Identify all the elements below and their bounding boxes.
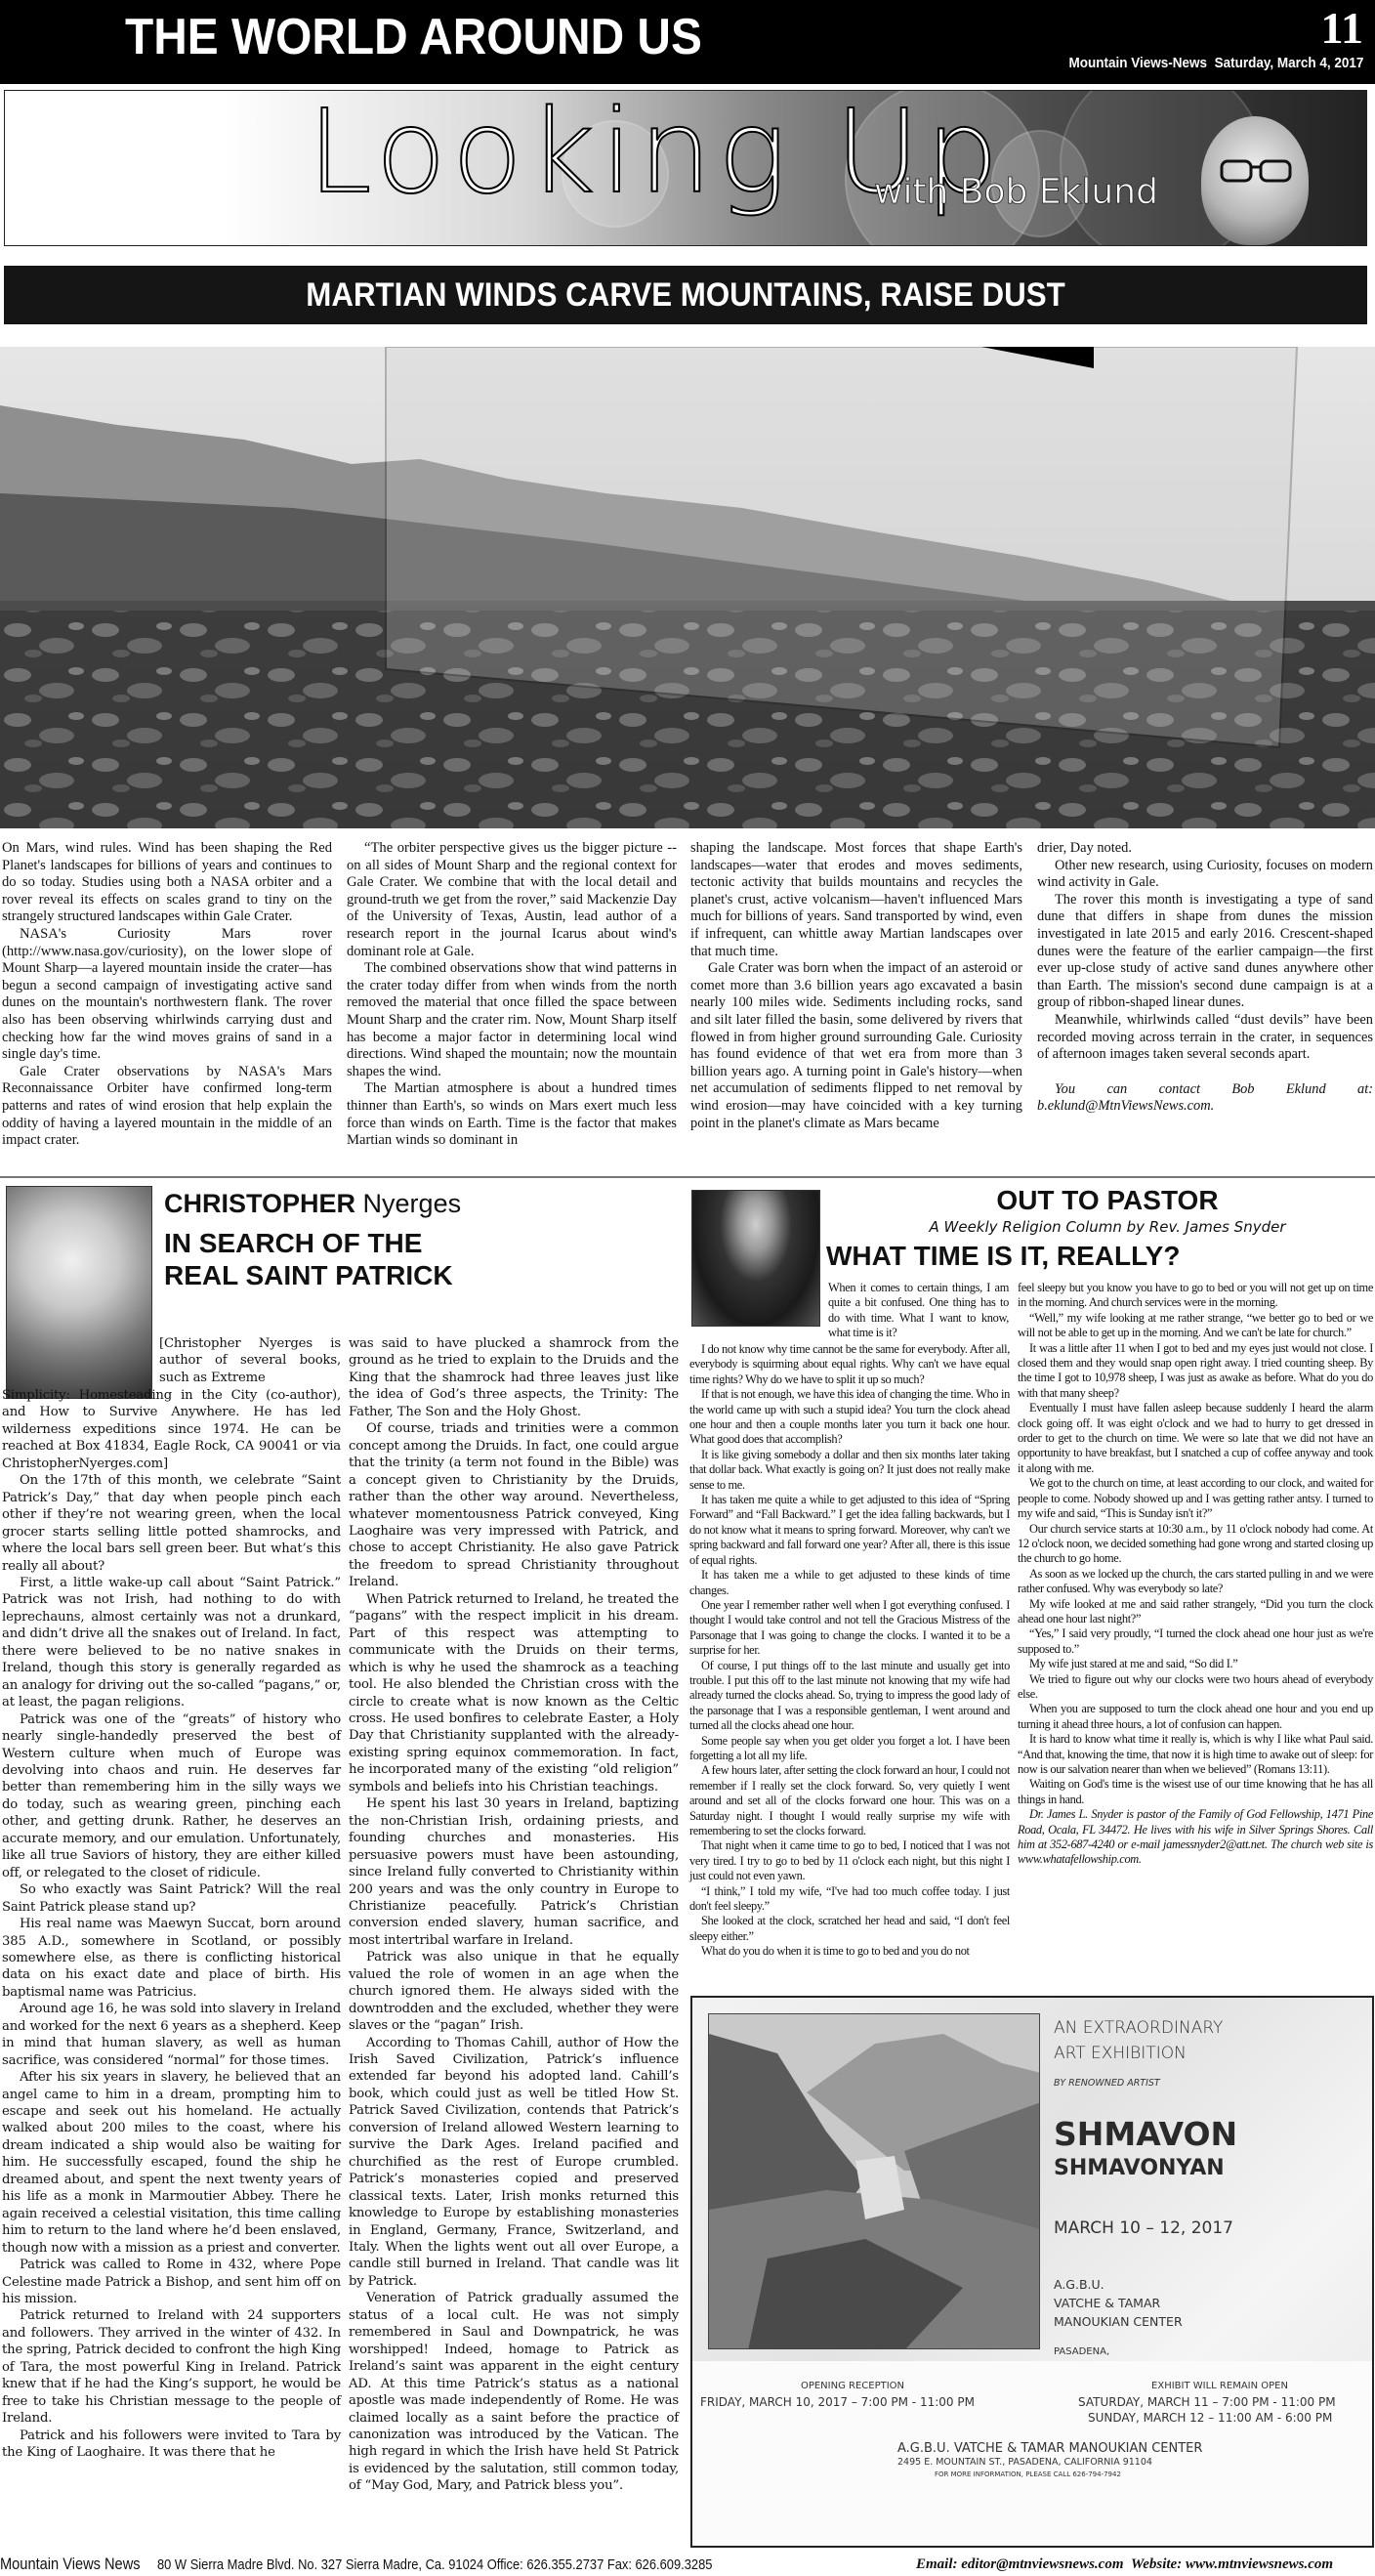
article-paragraph: As soon as we locked up the church, the … [1018,1567,1373,1597]
article-paragraph: The combined observations show that wind… [347,960,677,1080]
article-paragraph: That night when it came time to go to be… [689,1838,1010,1883]
opening-reception-time: FRIDAY, MARCH 10, 2017 – 7:00 PM - 11:00… [700,2395,975,2409]
paper-name: Mountain Views-News [1068,55,1207,71]
ad-headline: AN EXTRAORDINARYART EXHIBITION [1054,2015,1223,2066]
article-paragraph: When Patrick returned to Ireland, he tre… [349,1591,679,1795]
article-paragraph: Patrick and his followers were invited t… [2,2428,341,2462]
article-paragraph: According to Thomas Cahill, author of Ho… [349,2035,679,2291]
article-paragraph: I do not know why time cannot be the sam… [689,1342,1010,1387]
article-paragraph: His real name was Maewyn Succat, born ar… [2,1916,341,2001]
glasses-icon [1220,159,1292,183]
article-paragraph: The Martian atmosphere is about a hundre… [347,1080,677,1149]
article-paragraph: Waiting on God's time is the wisest use … [1018,1777,1373,1807]
article-paragraph: drier, Day noted. [1037,840,1373,858]
column-title: IN SEARCH OF THE REAL SAINT PATRICK [164,1227,496,1291]
article-paragraph: One year I remember rather well when I g… [689,1598,1010,1659]
article-paragraph: Gale Crater observations by NASA's Mars … [2,1064,332,1150]
looking-up-banner: Looking Up with Bob Eklund [4,90,1367,246]
pastor-column-1: I do not know why time cannot be the sam… [689,1342,1010,1960]
article-paragraph: So who exactly was Saint Patrick? Will t… [2,1881,341,1916]
artist-last-name: SHMAVONYAN [1054,2156,1225,2180]
painting-illustration [709,2014,1040,2349]
artist-first-name: SHMAVON [1054,2117,1237,2152]
article-paragraph: Eventually I must have fallen asleep bec… [1018,1401,1373,1476]
mars-article-column-2: “The orbiter perspective gives us the bi… [347,840,677,1150]
venue-line: VATCHE & TAMAR [1054,2294,1183,2312]
article-paragraph: “The orbiter perspective gives us the bi… [347,840,677,960]
article-paragraph: When it comes to certain things, I am qu… [828,1281,1009,1341]
exhibit-open-label: EXHIBIT WILL REMAIN OPEN [1073,2381,1366,2391]
article-paragraph: “Well,” my wife looking at me rather str… [1018,1311,1373,1341]
article-paragraph: When you are supposed to turn the clock … [1018,1702,1373,1732]
mars-article-column-4: drier, Day noted. Other new research, us… [1037,840,1373,1116]
article-paragraph: Meanwhile, whirlwinds called “dust devil… [1037,1012,1373,1064]
opening-reception-label: OPENING RECEPTION [706,2381,999,2391]
city-line: PASADENA, [1054,2345,1112,2359]
section-title: THE WORLD AROUND US [125,6,702,68]
article-paragraph: It is like giving somebody a dollar and … [689,1448,1010,1493]
masthead: THE WORLD AROUND US 11 Mountain Views-Ne… [0,0,1375,84]
author-last-name: Nyerges [363,1189,462,1218]
article-paragraph: was said to have plucked a shamrock from… [349,1335,679,1420]
column-author: CHRISTOPHER Nyerges [164,1188,461,1219]
article-paragraph: Some people say when you get older you f… [689,1734,1010,1764]
article-paragraph: Around age 16, he was sold into slavery … [2,2001,341,2069]
column-title: WHAT TIME IS IT, REALLY? [826,1237,1180,1276]
ad-venue-full-name: A.G.B.U. VATCHE & TAMAR MANOUKIAN CENTER [897,2441,1202,2456]
nyerges-column-1: Simplicity: Homesteading in the City (co… [2,1387,341,2462]
article-paragraph: It has taken me quite a while to get adj… [689,1493,1010,1568]
column-subtitle: A Weekly Religion Column by Rev. James S… [840,1217,1375,1237]
article-paragraph: She looked at the clock, scratched her h… [689,1914,1010,1944]
article-paragraph: We tried to figure out why our clocks we… [1018,1672,1373,1703]
section-divider [0,1176,1375,1178]
column-byline: with Bob Eklund [874,171,1158,214]
paper-date-line: Mountain Views-News Saturday, March 4, 2… [1068,55,1363,71]
article-paragraph: “Yes,” I said very proudly, “I turned th… [1018,1626,1373,1657]
article-paragraph: Our church service starts at 10:30 a.m.,… [1018,1522,1373,1567]
author-photo-james-snyder [691,1190,820,1327]
article-paragraph: NASA's Curiosity Mars rover (http://www.… [2,926,332,1064]
venue-name: A.G.B.U.VATCHE & TAMARMANOUKIAN CENTER [1054,2275,1183,2331]
mars-landscape-photo [0,347,1375,828]
article-paragraph: Patrick was called to Rome in 432, where… [2,2257,341,2307]
article-paragraph: Veneration of Patrick gradually assumed … [349,2290,679,2494]
article-paragraph: Patrick returned to Ireland with 24 supp… [2,2307,341,2427]
article-paragraph: feel sleepy but you know you have to go … [1018,1281,1373,1311]
article-paragraph: Simplicity: Homesteading in the City (co… [2,1387,341,1472]
mars-article-column-1: On Mars, wind rules. Wind has been shapi… [2,840,332,1150]
footer-paper-name: Mountain Views News [0,2554,141,2575]
article-paragraph: On the 17th of this month, we celebrate … [2,1472,341,1575]
ad-phone-info: FOR MORE INFORMATION, PLEASE CALL 626-79… [935,2470,1121,2478]
article-paragraph: My wife just stared at me and said, “So … [1018,1657,1373,1671]
landscape-painting [708,2013,1040,2349]
venue-line: MANOUKIAN CENTER [1054,2312,1183,2331]
author-contact[interactable]: You can contact Bob Eklund at: b.eklund@… [1037,1081,1373,1116]
footer-address: 80 W Sierra Madre Blvd. No. 327 Sierra M… [157,2555,712,2576]
ad-venue-address: 2495 E. MOUNTAIN ST., PASADENA, CALIFORN… [897,2457,1152,2468]
article-paragraph: It is hard to know what time it really i… [1018,1732,1373,1777]
article-paragraph: My wife looked at me and said rather str… [1018,1597,1373,1627]
nyerges-column-2: was said to have plucked a shamrock from… [349,1335,679,2495]
article-paragraph: The rover this month is investigating a … [1037,892,1373,1012]
article-paragraph: shaping the landscape. Most forces that … [690,840,1022,960]
headline-bar: MARTIAN WINDS CARVE MOUNTAINS, RAISE DUS… [4,266,1367,324]
article-paragraph: Gale Crater was born when the impact of … [690,960,1022,1132]
nyerges-intro: [Christopher Nyerges is author of severa… [159,1335,341,1386]
article-paragraph: On Mars, wind rules. Wind has been shapi… [2,840,332,926]
article-paragraph: It has taken me a while to get adjusted … [689,1568,1010,1598]
article-paragraph: We got to the church on time, at least a… [1018,1476,1373,1521]
author-bio: Dr. James L. Snyder is pastor of the Fam… [1018,1807,1373,1868]
ad-headline-line: AN EXTRAORDINARY [1054,2015,1223,2041]
author-first-name: CHRISTOPHER [164,1189,355,1218]
sunday-hours: SUNDAY, MARCH 12 – 11:00 AM - 6:00 PM [1088,2411,1332,2425]
article-paragraph: Patrick was one of the “greats” of histo… [2,1711,341,1882]
page-footer: Mountain Views News 80 W Sierra Madre Bl… [0,2554,1375,2576]
author-photo-christopher-nyerges [6,1186,152,1399]
footer-email[interactable]: Email: editor@mtnviewsnews.com [916,2554,1123,2575]
ad-headline-line: ART EXHIBITION [1054,2041,1223,2066]
issue-date: Saturday, March 4, 2017 [1214,55,1363,71]
footer-website[interactable]: Website: www.mtnviewsnews.com [1131,2554,1333,2575]
column-kicker: OUT TO PASTOR [840,1184,1375,1217]
article-headline: MARTIAN WINDS CARVE MOUNTAINS, RAISE DUS… [59,266,1312,324]
article-paragraph: Of course, triads and trinities were a c… [349,1420,679,1591]
article-paragraph: He spent his last 30 years in Ireland, b… [349,1795,679,1949]
article-paragraph: Patrick was also unique in that he equal… [349,1949,679,2034]
exhibition-dates: MARCH 10 – 12, 2017 [1054,2218,1233,2238]
venue-line: A.G.B.U. [1054,2275,1183,2294]
pastor-column-2: feel sleepy but you know you have to go … [1018,1281,1373,1868]
article-paragraph: What do you do when it is time to go to … [689,1944,1010,1959]
mars-article-column-3: shaping the landscape. Most forces that … [690,840,1022,1132]
article-paragraph: Other new research, using Curiosity, foc… [1037,858,1373,892]
article-paragraph: If that is not enough, we have this idea… [689,1387,1010,1448]
page-number: 11 [1321,2,1363,55]
article-paragraph: [Christopher Nyerges is author of severa… [159,1335,341,1386]
art-exhibition-ad[interactable]: AN EXTRAORDINARYART EXHIBITION BY RENOWN… [690,1996,1374,2548]
article-paragraph: A few hours later, after setting the clo… [689,1763,1010,1838]
article-paragraph: First, a little wake-up call about “Sain… [2,1575,341,1711]
saturday-hours: SATURDAY, MARCH 11 – 7:00 PM - 11:00 PM [1078,2395,1336,2409]
article-paragraph: After his six years in slavery, he belie… [2,2069,341,2257]
ad-by-artist: BY RENOWNED ARTIST [1054,2078,1160,2089]
mars-photo-illustration [0,347,1375,828]
article-paragraph: It was a little after 11 when I got to b… [1018,1341,1373,1402]
article-paragraph: Of course, I put things off to the last … [689,1659,1010,1734]
pastor-intro: When it comes to certain things, I am qu… [828,1281,1009,1341]
article-paragraph: “I think,” I told my wife, “I've had too… [689,1884,1010,1915]
